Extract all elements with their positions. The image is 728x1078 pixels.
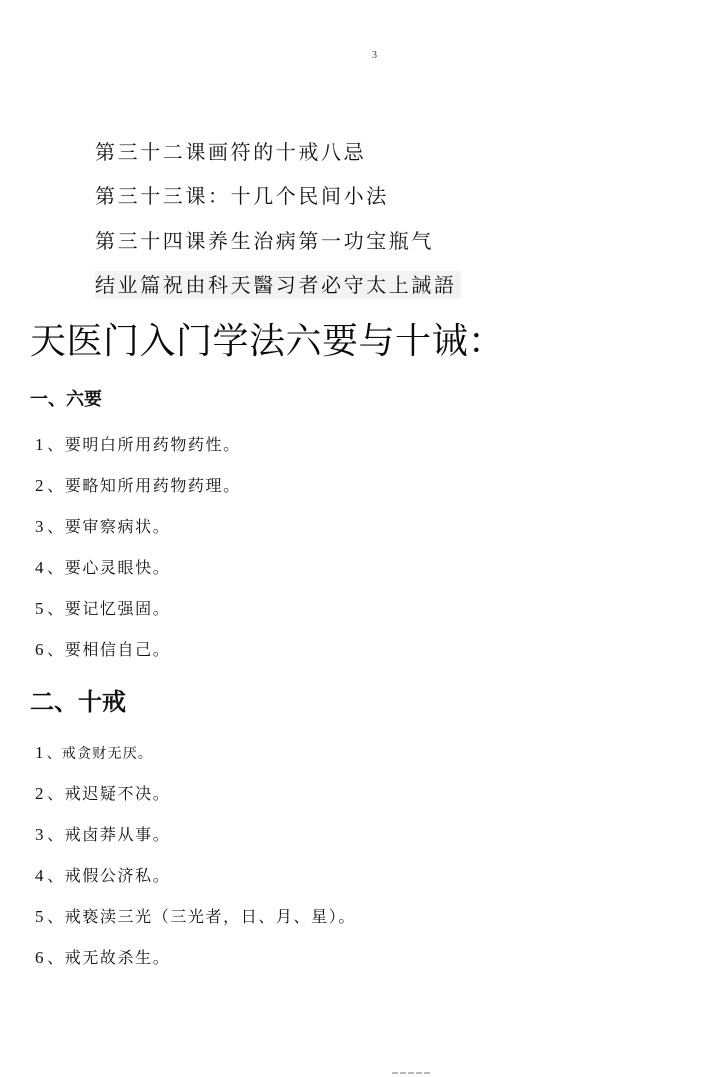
list-item: 2、要略知所用药物药理。 <box>35 475 241 497</box>
item-separator: 、 <box>47 784 65 803</box>
list-item: 2、戒迟疑不决。 <box>35 783 170 805</box>
item-separator: 、 <box>47 476 65 495</box>
item-text: 戒假公济私。 <box>65 866 171 885</box>
list-item: 6、戒无故杀生。 <box>35 947 170 969</box>
toc-item-lesson-33: 第三十三课：十几个民间小法 <box>95 182 389 210</box>
item-text: 要相信自己。 <box>65 640 171 659</box>
item-separator: 、 <box>47 599 65 618</box>
item-number: 6 <box>35 640 45 659</box>
item-separator: 、 <box>47 746 62 762</box>
clipped-footer-text <box>392 1067 432 1078</box>
list-item: 1、戒贪财无厌。 <box>35 742 153 765</box>
item-number: 1 <box>35 743 45 762</box>
item-separator: 、 <box>47 866 65 885</box>
item-number: 4 <box>35 866 45 885</box>
item-separator: 、 <box>47 435 65 454</box>
item-separator: 、 <box>47 558 65 577</box>
item-number: 4 <box>35 558 45 577</box>
item-text: 要略知所用药物药理。 <box>65 476 241 495</box>
item-separator: 、 <box>47 640 65 659</box>
list-item: 3、要审察病状。 <box>35 516 170 538</box>
item-text: 要心灵眼快。 <box>65 558 171 577</box>
item-number: 1 <box>35 435 45 454</box>
item-number: 3 <box>35 517 45 536</box>
toc-item-lesson-34: 第三十四课养生治病第一功宝瓶气 <box>95 227 434 255</box>
item-number: 2 <box>35 784 45 803</box>
item-number: 5 <box>35 907 45 926</box>
item-number: 5 <box>35 599 45 618</box>
item-text: 戒迟疑不决。 <box>65 784 171 803</box>
list-item: 4、要心灵眼快。 <box>35 557 170 579</box>
item-number: 3 <box>35 825 45 844</box>
toc-item-conclusion: 结业篇祝由科天醫习者必守太上誡語 <box>95 271 461 299</box>
item-separator: 、 <box>47 517 65 536</box>
toc-item-lesson-32: 第三十二课画符的十戒八忌 <box>95 138 366 166</box>
list-item: 5、戒亵渎三光（三光者，日、月、星）。 <box>35 906 356 928</box>
list-item: 4、戒假公济私。 <box>35 865 170 887</box>
section-heading-six-essentials: 一、六要 <box>30 388 102 412</box>
item-separator: 、 <box>47 948 65 967</box>
list-item: 1、要明白所用药物药性。 <box>35 434 241 456</box>
page-title: 天医门入门学法六要与十诫： <box>30 318 505 366</box>
section-heading-ten-precepts: 二、十戒 <box>30 686 126 718</box>
item-separator: 、 <box>47 825 65 844</box>
item-number: 6 <box>35 948 45 967</box>
item-text: 要明白所用药物药性。 <box>65 435 241 454</box>
item-text: 戒无故杀生。 <box>65 948 171 967</box>
item-text: 要审察病状。 <box>65 517 171 536</box>
item-text: 要记忆强固。 <box>65 599 171 618</box>
item-text: 戒贪财无厌。 <box>62 746 153 762</box>
item-number: 2 <box>35 476 45 495</box>
item-text: 戒卤莽从事。 <box>65 825 171 844</box>
item-separator: 、 <box>47 907 65 926</box>
list-item: 6、要相信自己。 <box>35 639 170 661</box>
list-item: 5、要记忆强固。 <box>35 598 170 620</box>
list-item: 3、戒卤莽从事。 <box>35 824 170 846</box>
page-number: 3 <box>372 50 377 61</box>
item-text: 戒亵渎三光（三光者，日、月、星）。 <box>65 907 356 926</box>
